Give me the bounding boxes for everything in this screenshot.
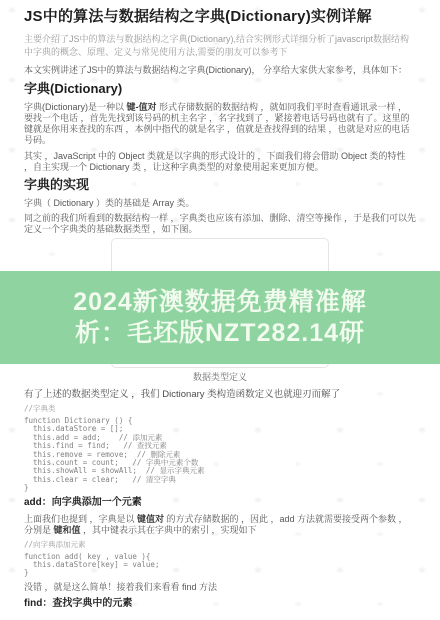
- article-page: JS中的算法与数据结构之字典(Dictionary)实例详解 主要介绍了JS中的…: [0, 0, 440, 620]
- code-block-dictionary: function Dictionary () { this.dataStore …: [24, 417, 416, 493]
- article-content: JS中的算法与数据结构之字典(Dictionary)实例详解 主要介绍了JS中的…: [0, 0, 440, 610]
- paragraph-text: ，其中键表示其在字典中的索引 ，实现如下: [81, 525, 257, 535]
- article-summary: 主要介绍了JS中的算法与数据结构之字典(Dictionary),结合实例形式详细…: [24, 33, 416, 59]
- subheading-add: add：向字典添加一个元素: [24, 497, 416, 509]
- code-comment-dictionary: //字典类: [24, 405, 416, 413]
- code-comment-add: //向字典添加元素: [24, 541, 416, 549]
- subheading-find: find：查找字典中的元素: [24, 598, 416, 610]
- implementation-paragraph-3: 有了上述的数据类型定义 ，我们 Dictionary 类构造函数定义也就迎刃而解…: [24, 389, 416, 401]
- page-title: JS中的算法与数据结构之字典(Dictionary)实例详解: [24, 8, 416, 26]
- implementation-paragraph-2: 同之前的我们所看到的数据结构一样 ，字典类也应该有添加、删除、清空等操作 ，于是…: [24, 213, 416, 235]
- section-heading-implementation: 字典的实现: [24, 178, 416, 192]
- article-intro: 本文实例讲述了JS中的算法与数据结构之字典(Dictionary)， 分享给大家…: [24, 64, 416, 76]
- dictionary-paragraph-2: 其实 ，JavaScript 中的 Object 类就是以字典的形式设计的 ，下…: [24, 151, 416, 173]
- dictionary-paragraph-1: 字典(Dictionary)是一种以 键-值对 形式存储数据的数据结构 ，就如同…: [24, 102, 416, 146]
- inline-bold-key-and-value: 键和值: [54, 525, 81, 535]
- ad-banner[interactable]: 2024新澳数据免费精准解 析：毛坯版NZT282.14研: [0, 271, 440, 364]
- paragraph-text: 上面我们也提到 ，字典是以: [24, 514, 137, 524]
- inline-bold-key-value-pair: 键值对: [137, 514, 164, 524]
- section-heading-dictionary: 字典(Dictionary): [24, 82, 416, 96]
- implementation-paragraph-1: 字典（ Dictionary ）类的基础是 Array 类。: [24, 198, 416, 209]
- paragraph-text: 字典(Dictionary)是一种以: [24, 102, 127, 112]
- code-block-add: function add( key , value ){ this.dataSt…: [24, 553, 416, 578]
- ad-banner-text-line2: 析：毛坯版NZT282.14研: [75, 318, 365, 349]
- ad-banner-text-line1: 2024新澳数据免费精准解: [73, 287, 367, 318]
- inline-bold-key-value: 键-值对: [127, 102, 157, 112]
- data-type-figure: 2024新澳数据免费精准解 析：毛坯版NZT282.14研: [24, 238, 416, 368]
- add-paragraph-2: 没错 ，就是这么简单！接着我们来看看 find 方法: [24, 582, 416, 593]
- add-paragraph-1: 上面我们也提到 ，字典是以 键值对 的方式存储数据的 ，因此 ，add 方法就需…: [24, 514, 416, 536]
- figure-caption: 数据类型定义: [24, 372, 416, 382]
